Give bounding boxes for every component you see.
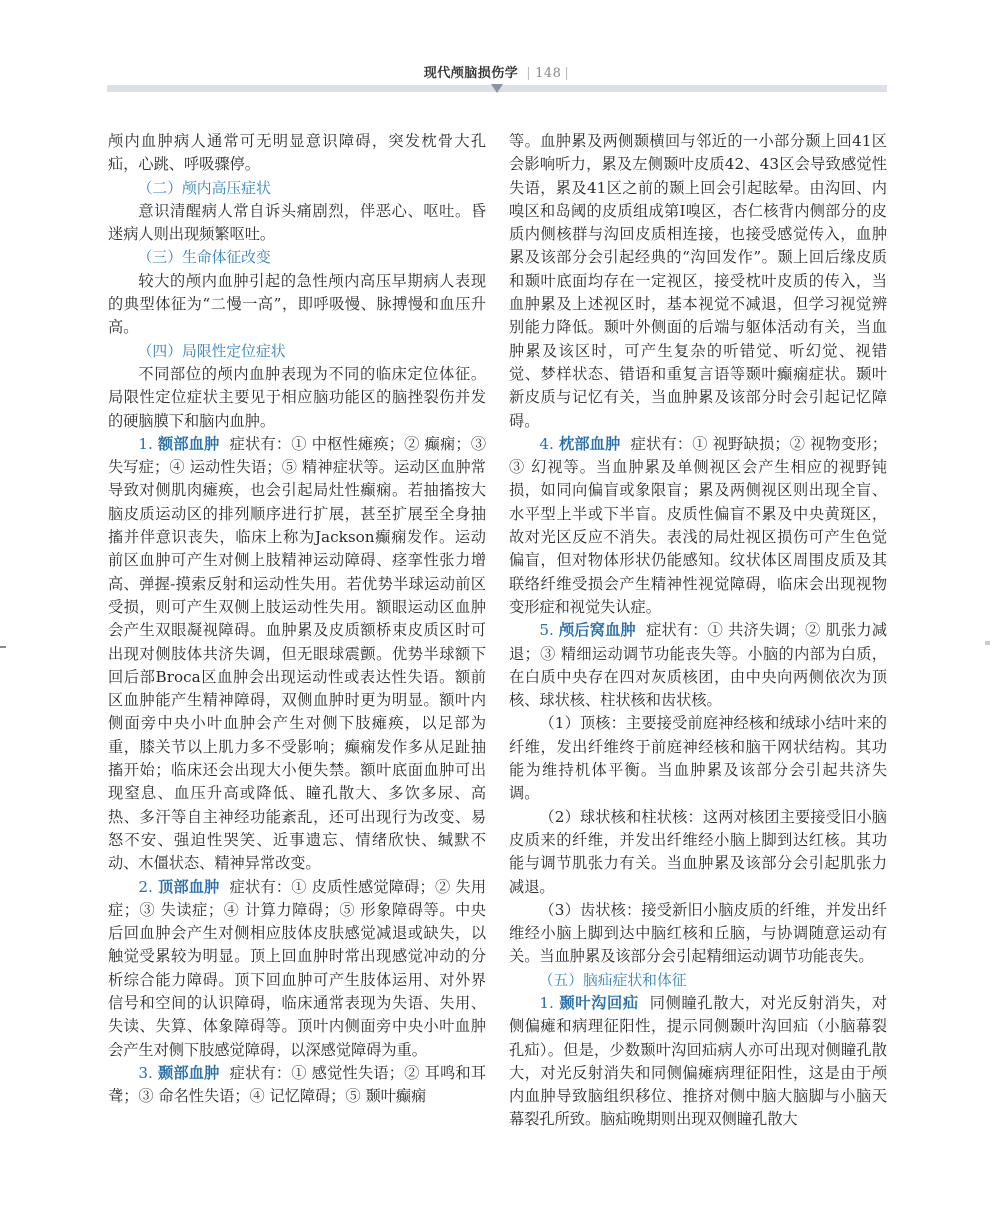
- item-number: 2.: [138, 878, 153, 896]
- item-heading: 额部血肿: [158, 435, 220, 453]
- item-number: 3.: [138, 1064, 153, 1082]
- section-heading-intracranial-pressure: （二）颅内高压症状: [108, 177, 486, 200]
- paragraph-continuation: 等。血肿累及两侧颞横回与邻近的一小部分颞上回41区会影响听力，累及左侧颞叶皮质4…: [509, 130, 887, 433]
- item-number: 4.: [539, 435, 554, 453]
- item-text: 症状有：① 皮质性感觉障碍；② 失用症；③ 失读症；④ 计算力障碍；⑤ 形象障碍…: [108, 878, 486, 1059]
- section-heading-vital-signs: （三）生命体征改变: [108, 246, 486, 269]
- item-heading: 顶部血肿: [158, 878, 220, 896]
- item-text: 症状有：① 中枢性瘫痪；② 癫痫；③ 失写症；④ 运动性失语；⑤ 精神症状等。运…: [108, 435, 486, 872]
- item-parietal-hematoma: 2. 顶部血肿 症状有：① 皮质性感觉障碍；② 失用症；③ 失读症；④ 计算力障…: [108, 876, 486, 1062]
- item-uncal-herniation: 1. 颞叶沟回疝 同侧瞳孔散大，对光反射消失，对侧偏瘫和病理征阳性，提示同侧颞叶…: [509, 992, 887, 1132]
- item-number: 1.: [138, 435, 153, 453]
- item-heading: 颞叶沟回疝: [559, 994, 638, 1012]
- header-separator: |: [526, 66, 531, 81]
- running-header: 现代颅脑损伤学|148|: [0, 62, 993, 81]
- item-frontal-hematoma: 1. 额部血肿 症状有：① 中枢性瘫痪；② 癫痫；③ 失写症；④ 运动性失语；⑤…: [108, 433, 486, 876]
- left-column: 颅内血肿病人通常可无明显意识障碍，突发枕骨大孔疝，心跳、呼吸骤停。 （二）颅内高…: [108, 130, 486, 1108]
- item-heading: 枕部血肿: [559, 435, 621, 453]
- item-number: 5.: [539, 621, 554, 639]
- item-temporal-hematoma: 3. 颞部血肿 症状有：① 感觉性失语；② 耳鸣和耳聋；③ 命名性失语；④ 记忆…: [108, 1062, 486, 1109]
- paragraph: 意识清醒病人常自诉头痛剧烈，伴恶心、呕吐。昏迷病人则出现频繁呕吐。: [108, 200, 486, 247]
- subitem-dentate-nucleus: （3）齿状核：接受新旧小脑皮质的纤维，并发出纤维经小脑上脚到达中脑红核和丘脑，与…: [509, 899, 887, 969]
- margin-tick-mark-right: [985, 641, 990, 645]
- subitem-globose-emboliform-nuclei: （2）球状核和柱状核：这两对核团主要接受旧小脑皮质来的纤维，并发出纤维经小脑上脚…: [509, 806, 887, 899]
- item-occipital-hematoma: 4. 枕部血肿 症状有：① 视野缺损；② 视物变形；③ 幻视等。当血肿累及单侧视…: [509, 433, 887, 619]
- item-number: 1.: [539, 994, 554, 1012]
- margin-tick-mark: [0, 646, 6, 648]
- paragraph: 不同部位的颅内血肿表现为不同的临床定位体征。局限性定位症状主要见于相应脑功能区的…: [108, 363, 486, 433]
- header-separator-right: |: [564, 66, 569, 81]
- item-posterior-fossa-hematoma: 5. 颅后窝血肿 症状有：① 共济失调；② 肌张力减退；③ 精细运动调节功能丧失…: [509, 619, 887, 712]
- paragraph-continuation: 颅内血肿病人通常可无明显意识障碍，突发枕骨大孔疝，心跳、呼吸骤停。: [108, 130, 486, 177]
- item-heading: 颅后窝血肿: [559, 621, 636, 639]
- section-heading-localizing-symptoms: （四）局限性定位症状: [108, 340, 486, 363]
- triangle-marker-icon: [491, 84, 503, 93]
- right-column: 等。血肿累及两侧颞横回与邻近的一小部分颞上回41区会影响听力，累及左侧颞叶皮质4…: [509, 130, 887, 1132]
- item-text: 症状有：① 视野缺损；② 视物变形；③ 幻视等。当血肿累及单侧视区会产生相应的视…: [509, 435, 887, 616]
- section-heading-herniation: （五）脑疝症状和体征: [509, 969, 887, 992]
- paragraph: 较大的颅内血肿引起的急性颅内高压早期病人表现的典型体征为“二慢一高”，即呼吸慢、…: [108, 270, 486, 340]
- subitem-fastigial-nucleus: （1）顶核：主要接受前庭神经核和绒球小结叶来的纤维，发出纤维终于前庭神经核和脑干…: [509, 712, 887, 805]
- book-title: 现代颅脑损伤学: [424, 66, 519, 81]
- page-number: 148: [535, 66, 561, 81]
- item-heading: 颞部血肿: [158, 1064, 220, 1082]
- item-text: 同侧瞳孔散大，对光反射消失，对侧偏瘫和病理征阳性，提示同侧颞叶沟回疝（小脑幕裂孔…: [509, 994, 887, 1128]
